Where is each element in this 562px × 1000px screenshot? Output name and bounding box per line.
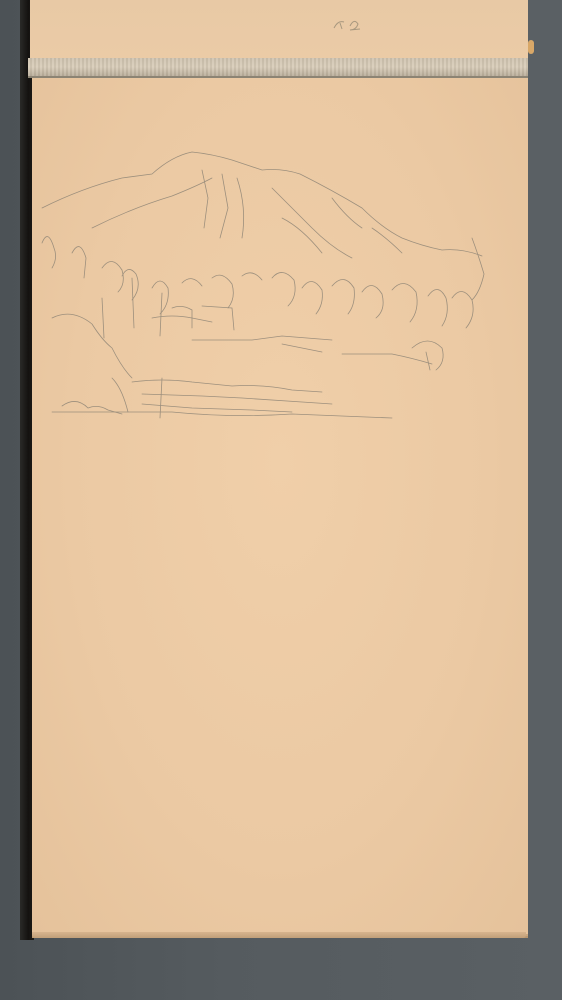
- sketchbook-page: [32, 78, 528, 934]
- pencil-landscape-sketch: [32, 78, 528, 438]
- image-description: Open sketchbook page showing a faint pen…: [0, 0, 1, 1]
- previous-page-strip: F 2: [30, 0, 528, 58]
- top-page-marking: F 2: [30, 0, 31, 1]
- photo-scene: F 2: [0, 0, 562, 1000]
- binding-tape: [28, 58, 528, 78]
- page-tab-mark: [528, 40, 534, 54]
- page-bottom-edge: [32, 932, 526, 938]
- handwritten-marking: [330, 14, 370, 34]
